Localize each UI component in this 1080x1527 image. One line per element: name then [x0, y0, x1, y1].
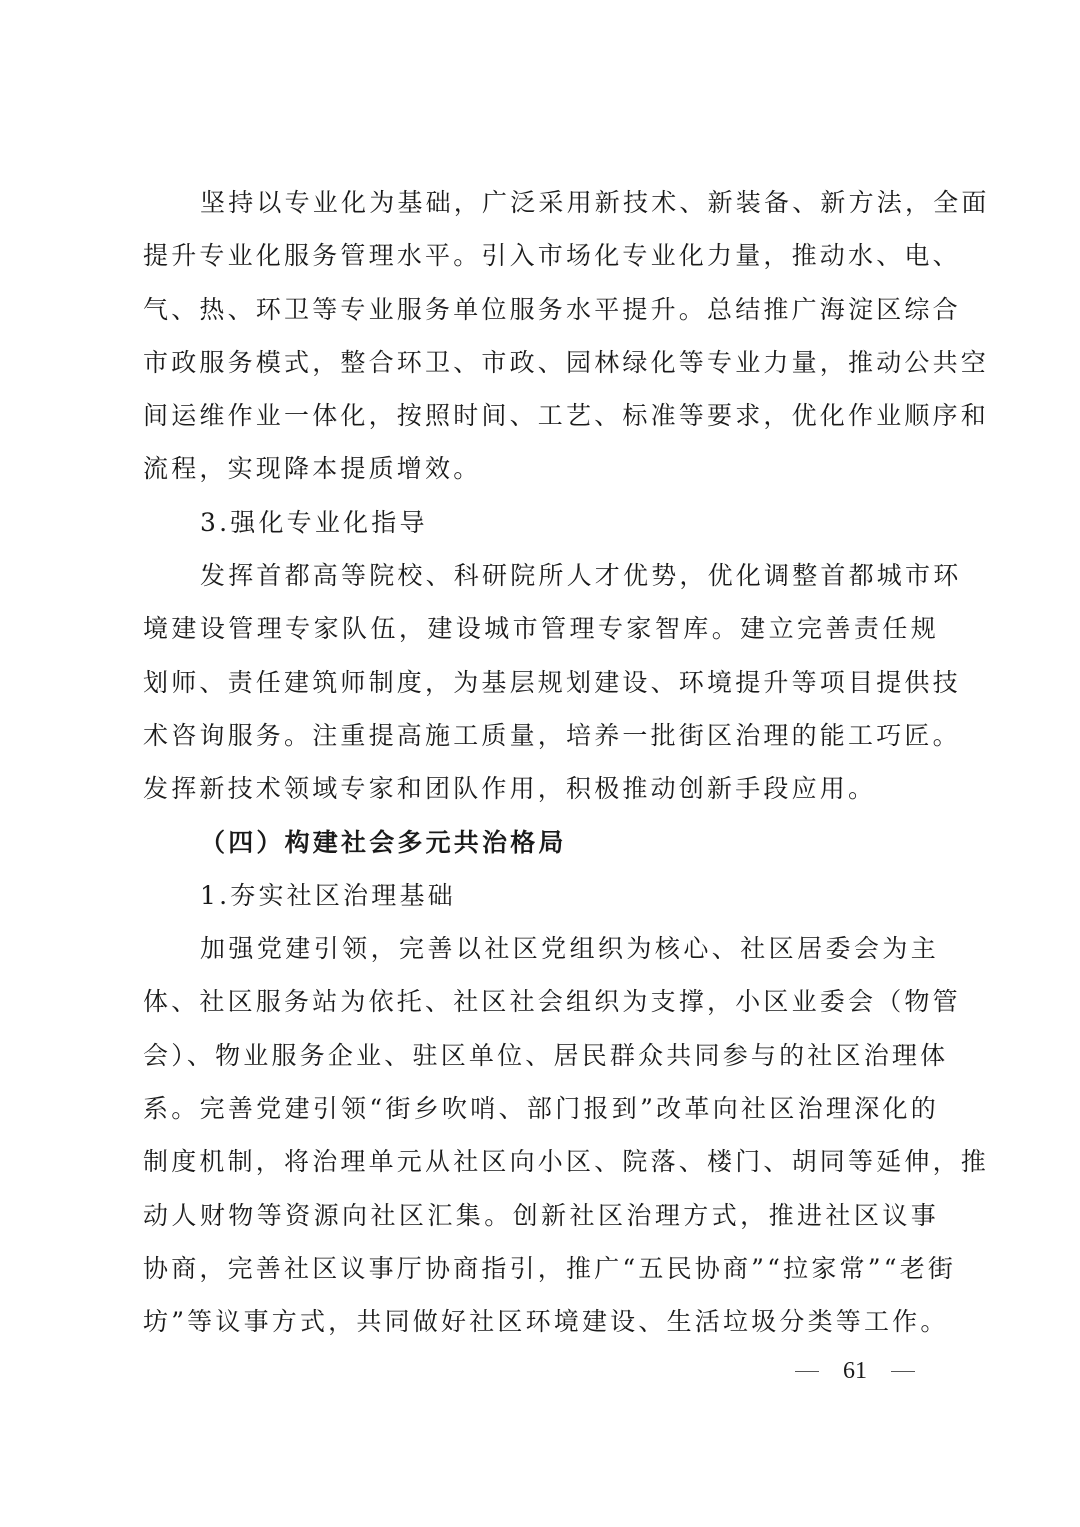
- paragraph-line: 加强党建引领，完善以社区党组织为核心、社区居委会为主: [143, 922, 939, 975]
- chapter-heading: （四）构建社会多元共治格局: [143, 816, 939, 869]
- right-dash-decoration: [891, 1371, 915, 1372]
- document-page: 坚持以专业化为基础，广泛采用新技术、新装备、新方法，全面 提升专业化服务管理水平…: [143, 176, 939, 1349]
- page-number: 61: [843, 1358, 867, 1385]
- paragraph-line: 划师、责任建筑师制度，为基层规划建设、环境提升等项目提供技: [143, 656, 939, 709]
- paragraph-line: 动人财物等资源向社区汇集。创新社区治理方式，推进社区议事: [143, 1189, 939, 1242]
- paragraph-line: 协商，完善社区议事厅协商指引，推广“五民协商”“拉家常”“老街: [143, 1242, 939, 1295]
- paragraph-line: 提升专业化服务管理水平。引入市场化专业化力量，推动水、电、: [143, 229, 939, 282]
- page-footer: 61: [795, 1358, 915, 1385]
- paragraph-line: 体、社区服务站为依托、社区社会组织为支撑，小区业委会（物管: [143, 975, 939, 1028]
- paragraph-line: 流程，实现降本提质增效。: [143, 442, 939, 495]
- left-dash-decoration: [795, 1371, 819, 1372]
- paragraph-line: 制度机制，将治理单元从社区向小区、院落、楼门、胡同等延伸，推: [143, 1135, 939, 1188]
- paragraph-line: 坊”等议事方式，共同做好社区环境建设、生活垃圾分类等工作。: [143, 1295, 939, 1348]
- paragraph-line: 发挥首都高等院校、科研院所人才优势，优化调整首都城市环: [143, 549, 939, 602]
- section-heading: 3.强化专业化指导: [143, 496, 939, 549]
- paragraph-line: 间运维作业一体化，按照时间、工艺、标准等要求，优化作业顺序和: [143, 389, 939, 442]
- section-heading: 1.夯实社区治理基础: [143, 869, 939, 922]
- paragraph-line: 会）、物业服务企业、驻区单位、居民群众共同参与的社区治理体: [143, 1029, 939, 1082]
- paragraph-line: 发挥新技术领域专家和团队作用，积极推动创新手段应用。: [143, 762, 939, 815]
- paragraph-line: 市政服务模式，整合环卫、市政、园林绿化等专业力量，推动公共空: [143, 336, 939, 389]
- paragraph-line: 系。完善党建引领“街乡吹哨、部门报到”改革向社区治理深化的: [143, 1082, 939, 1135]
- paragraph-line: 术咨询服务。注重提高施工质量，培养一批街区治理的能工巧匠。: [143, 709, 939, 762]
- paragraph-line: 境建设管理专家队伍，建设城市管理专家智库。建立完善责任规: [143, 602, 939, 655]
- paragraph-line: 气、热、环卫等专业服务单位服务水平提升。总结推广海淀区综合: [143, 283, 939, 336]
- paragraph-line: 坚持以专业化为基础，广泛采用新技术、新装备、新方法，全面: [143, 176, 939, 229]
